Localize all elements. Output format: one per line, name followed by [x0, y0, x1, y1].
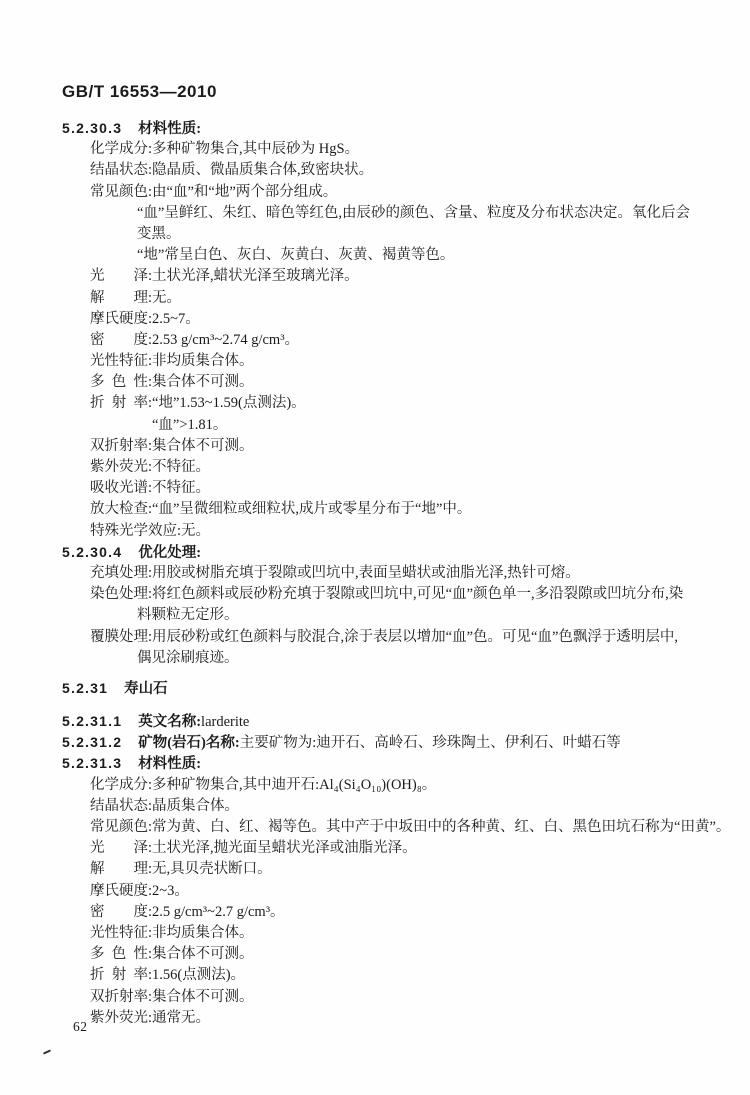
- property-line-chemical-composition: 化学成分:多种矿物集合,其中迪开石:Al₄(Si₄O₁₀)(OH)₈。: [0, 775, 750, 796]
- property-label: 密度: [90, 902, 148, 923]
- scan-speck-artifact: [43, 1049, 51, 1054]
- sub-text: “血”呈鲜红、朱红、暗色等红色,由辰砂的颜色、含量、粒度及分布状态决定。氧化后会: [137, 205, 690, 221]
- property-line-uv-fluorescence: 紫外荧光:不特征。: [0, 457, 750, 478]
- sub-line-blood-color: “血”呈鲜红、朱红、暗色等红色,由辰砂的颜色、含量、粒度及分布状态决定。氧化后会: [0, 203, 750, 224]
- property-line-crystal-state: 结晶状态:晶质集合体。: [0, 796, 750, 817]
- treatment-line-coating-wrap: 偶见涂刷痕迹。: [0, 648, 750, 669]
- clause-heading-5-2-30-3: 5.2.30.3材料性质:: [0, 118, 750, 139]
- property-label: 紫外荧光: [90, 457, 148, 478]
- property-line-common-colors: 常见颜色:由“血”和“地”两个部分组成。: [0, 182, 750, 203]
- property-line-absorption-spectrum: 吸收光谱:不特征。: [0, 478, 750, 499]
- property-value: :通常无。: [148, 1010, 210, 1026]
- property-label: 折射率: [90, 393, 148, 414]
- property-label: 折射率: [90, 965, 148, 986]
- property-value: :集合体不可测。: [148, 374, 254, 390]
- clause-title: 材料性质:: [138, 756, 201, 772]
- clause-title: 优化处理:: [138, 545, 201, 561]
- property-value: :非均质集合体。: [148, 353, 254, 369]
- property-line-optic-character: 光性特征:非均质集合体。: [0, 351, 750, 372]
- clause-heading-5-2-31: 5.2.31寿山石: [0, 678, 750, 699]
- property-line-common-colors: 常见颜色:常为黄、白、红、褐等色。其中产于中坂田中的各种黄、红、白、黑色田坑石称…: [0, 817, 750, 838]
- property-value: :无。: [177, 523, 210, 539]
- property-value: :晶质集合体。: [148, 798, 239, 814]
- property-line-cleavage: 解理:无,具贝壳状断口。: [0, 859, 750, 880]
- property-value: :用辰砂粉或红色颜料与胶混合,涂于表层以增加“血”色。可见“血”色飘浮于透明层中…: [148, 629, 678, 645]
- property-line-crystal-state: 结晶状态:隐晶质、微晶质集合体,致密块状。: [0, 160, 750, 181]
- property-label: 常见颜色: [90, 817, 148, 838]
- property-value: :2.5~7。: [148, 311, 200, 327]
- property-line-birefringence: 双折射率:集合体不可测。: [0, 987, 750, 1008]
- property-line-pleochroism: 多色性:集合体不可测。: [0, 944, 750, 965]
- property-line-uv-fluorescence: 紫外荧光:通常无。: [0, 1008, 750, 1029]
- property-label: 特殊光学效应: [90, 521, 177, 542]
- clause-number: 5.2.31.3: [62, 755, 122, 771]
- property-label: 摩氏硬度: [90, 881, 148, 902]
- treatment-line-dyeing-wrap: 料颗粒无定形。: [0, 605, 750, 626]
- clause-title: 材料性质:: [138, 121, 201, 137]
- property-value: :集合体不可测。: [148, 438, 254, 454]
- property-line-birefringence: 双折射率:集合体不可测。: [0, 436, 750, 457]
- property-label: 光性特征: [90, 923, 148, 944]
- treatment-line-coating: 覆膜处理:用辰砂粉或红色颜料与胶混合,涂于表层以增加“血”色。可见“血”色飘浮于…: [0, 627, 750, 648]
- property-label: 吸收光谱: [90, 478, 148, 499]
- property-value: :集合体不可测。: [148, 989, 254, 1005]
- property-label: 放大检查: [90, 499, 148, 520]
- clause-heading-5-2-31-3: 5.2.31.3材料性质:: [0, 753, 750, 774]
- property-label: 结晶状态: [90, 160, 148, 181]
- clause-label: 矿物(岩石)名称:: [138, 735, 240, 751]
- treatment-line-filling: 充填处理:用胶或树脂充填于裂隙或凹坑中,表面呈蜡状或油脂光泽,热针可熔。: [0, 563, 750, 584]
- property-line-refractive-index: 折射率:“地”1.53~1.59(点测法)。: [0, 393, 750, 414]
- property-value: :集合体不可测。: [148, 946, 254, 962]
- clause-value: larderite: [201, 714, 249, 730]
- sub-text: 变黑。: [137, 226, 181, 242]
- property-label: 光泽: [90, 266, 148, 287]
- property-value: :常为黄、白、红、褐等色。其中产于中坂田中的各种黄、红、白、黑色田坑石称为“田黄…: [148, 819, 730, 835]
- property-line-mohs-hardness: 摩氏硬度:2.5~7。: [0, 309, 750, 330]
- property-line-pleochroism: 多色性:集合体不可测。: [0, 372, 750, 393]
- property-label: 化学成分: [90, 139, 148, 160]
- property-label: 双折射率: [90, 987, 148, 1008]
- property-label: 多色性: [90, 372, 148, 393]
- clause-number: 5.2.30.4: [62, 544, 122, 560]
- property-value: :2~3。: [148, 883, 189, 899]
- clause-number: 5.2.31.1: [62, 713, 122, 729]
- property-label: 光性特征: [90, 351, 148, 372]
- sub-text: “血”>1.81。: [152, 417, 227, 433]
- property-value: :用胶或树脂充填于裂隙或凹坑中,表面呈蜡状或油脂光泽,热针可熔。: [148, 565, 580, 581]
- property-label: 染色处理: [90, 584, 148, 605]
- property-value: :多种矿物集合,其中辰砂为 HgS。: [148, 141, 359, 157]
- property-value: :无,具贝壳状断口。: [148, 861, 272, 877]
- property-label: 多色性: [90, 944, 148, 965]
- sub-line-refractive-index-blood: “血”>1.81。: [0, 415, 750, 436]
- property-label: 解理: [90, 288, 148, 309]
- property-line-density: 密度:2.53 g/cm³~2.74 g/cm³。: [0, 330, 750, 351]
- property-value: :“血”呈微细粒或细粒状,成片或零星分布于“地”中。: [148, 501, 471, 517]
- property-label: 摩氏硬度: [90, 309, 148, 330]
- clause-line-english-name: 5.2.31.1英文名称:larderite: [0, 711, 750, 732]
- property-value: :土状光泽,抛光面呈蜡状光泽或油脂光泽。: [148, 840, 417, 856]
- property-value: :“地”1.53~1.59(点测法)。: [148, 395, 306, 411]
- property-label: 充填处理: [90, 563, 148, 584]
- property-line-density: 密度:2.5 g/cm³~2.7 g/cm³。: [0, 902, 750, 923]
- property-line-luster: 光泽:土状光泽,蜡状光泽至玻璃光泽。: [0, 266, 750, 287]
- clause-value: 主要矿物为:迪开石、高岭石、珍珠陶土、伊利石、叶蜡石等: [240, 735, 621, 751]
- sub-line-blood-color-wrap: 变黑。: [0, 224, 750, 245]
- property-value: :2.5 g/cm³~2.7 g/cm³。: [148, 904, 285, 920]
- sub-text: 偶见涂刷痕迹。: [137, 650, 239, 666]
- property-value: :由“血”和“地”两个部分组成。: [148, 184, 337, 200]
- clause-title: 寿山石: [124, 681, 168, 697]
- property-line-optic-character: 光性特征:非均质集合体。: [0, 923, 750, 944]
- property-line-mohs-hardness: 摩氏硬度:2~3。: [0, 881, 750, 902]
- standard-code-header: GB/T 16553—2010: [62, 82, 217, 102]
- property-label: 结晶状态: [90, 796, 148, 817]
- property-value: :隐晶质、微晶质集合体,致密块状。: [148, 162, 373, 178]
- clause-heading-5-2-30-4: 5.2.30.4优化处理:: [0, 542, 750, 563]
- property-value: :多种矿物集合,其中迪开石:Al₄(Si₄O₁₀)(OH)₈。: [148, 777, 436, 793]
- clause-label: 英文名称:: [138, 714, 201, 730]
- property-line-chemical-composition: 化学成分:多种矿物集合,其中辰砂为 HgS。: [0, 139, 750, 160]
- property-value: :非均质集合体。: [148, 925, 254, 941]
- property-label: 光泽: [90, 838, 148, 859]
- property-line-luster: 光泽:土状光泽,抛光面呈蜡状光泽或油脂光泽。: [0, 838, 750, 859]
- clause-number: 5.2.31.2: [62, 734, 122, 750]
- property-value: :不特征。: [148, 459, 210, 475]
- property-label: 化学成分: [90, 775, 148, 796]
- property-line-cleavage: 解理:无。: [0, 288, 750, 309]
- property-value: :2.53 g/cm³~2.74 g/cm³。: [148, 332, 299, 348]
- treatment-line-dyeing: 染色处理:将红色颜料或辰砂粉充填于裂隙或凹坑中,可见“血”颜色单一,多沿裂隙或凹…: [0, 584, 750, 605]
- clause-number: 5.2.31: [62, 680, 108, 696]
- clause-line-mineral-name: 5.2.31.2矿物(岩石)名称:主要矿物为:迪开石、高岭石、珍珠陶土、伊利石、…: [0, 732, 750, 753]
- page-number: 62: [73, 1019, 88, 1035]
- property-label: 密度: [90, 330, 148, 351]
- property-label: 常见颜色: [90, 182, 148, 203]
- property-label: 紫外荧光: [90, 1008, 148, 1029]
- property-label: 覆膜处理: [90, 627, 148, 648]
- document-page: GB/T 16553—2010 5.2.30.3材料性质: 化学成分:多种矿物集…: [0, 0, 750, 1095]
- sub-text: “地”常呈白色、灰白、灰黄白、灰黄、褐黄等色。: [137, 247, 454, 263]
- property-value: :无。: [148, 290, 181, 306]
- property-label: 解理: [90, 859, 148, 880]
- property-line-magnification: 放大检查:“血”呈微细粒或细粒状,成片或零星分布于“地”中。: [0, 499, 750, 520]
- property-value: :1.56(点测法)。: [148, 967, 245, 983]
- property-label: 双折射率: [90, 436, 148, 457]
- property-value: :不特征。: [148, 480, 210, 496]
- property-line-refractive-index: 折射率:1.56(点测法)。: [0, 965, 750, 986]
- sub-text: 料颗粒无定形。: [137, 607, 239, 623]
- clause-number: 5.2.30.3: [62, 120, 122, 136]
- property-value: :将红色颜料或辰砂粉充填于裂隙或凹坑中,可见“血”颜色单一,多沿裂隙或凹坑分布,…: [148, 586, 683, 602]
- property-line-special-optical-effect: 特殊光学效应:无。: [0, 521, 750, 542]
- sub-line-ground-color: “地”常呈白色、灰白、灰黄白、灰黄、褐黄等色。: [0, 245, 750, 266]
- document-body: 5.2.30.3材料性质: 化学成分:多种矿物集合,其中辰砂为 HgS。 结晶状…: [0, 118, 750, 1029]
- property-value: :土状光泽,蜡状光泽至玻璃光泽。: [148, 268, 359, 284]
